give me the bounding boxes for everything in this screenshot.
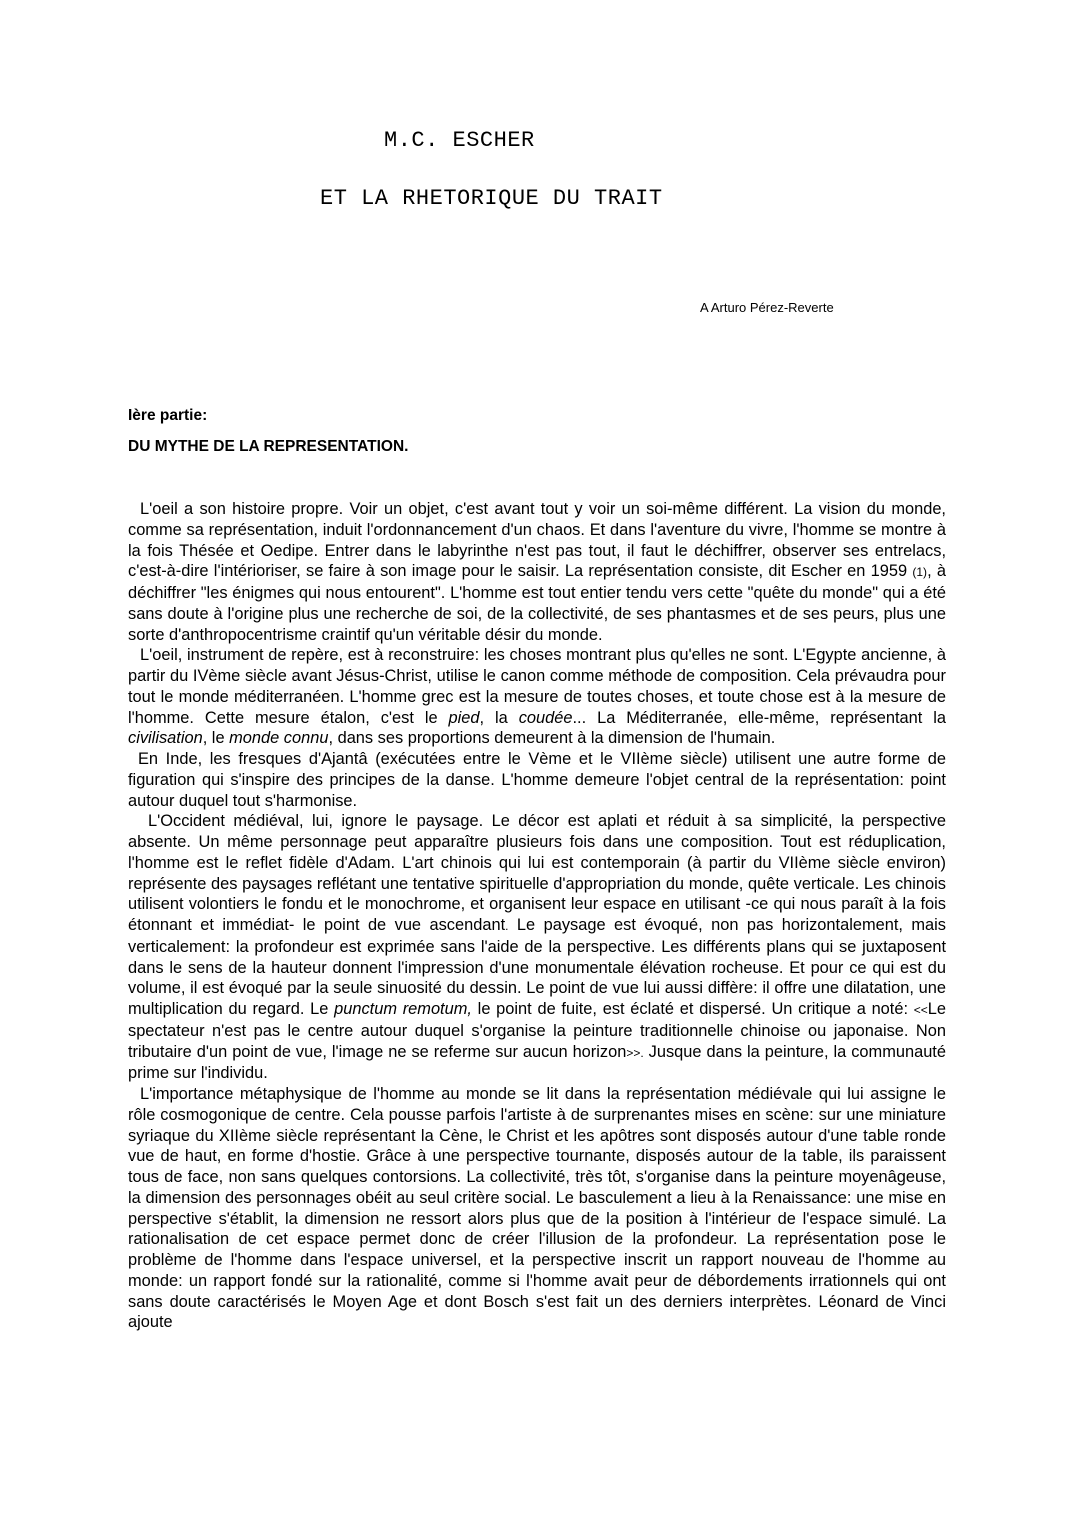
dedication: A Arturo Pérez-Reverte	[700, 300, 834, 316]
part-title: DU MYTHE DE LA REPRESENTATION.	[128, 438, 408, 456]
paragraph-text: L'oeil a son histoire propre. Voir un ob…	[128, 500, 946, 580]
paragraph-3: En Inde, les fresques d'Ajantâ (exécutée…	[128, 749, 946, 811]
document-title-line-1: M.C. ESCHER	[384, 128, 535, 154]
paragraph-4: L'Occident médiéval, lui, ignore le pays…	[128, 811, 946, 1084]
paragraph-5: L'importance métaphysique de l'homme au …	[128, 1084, 946, 1333]
emphasis: coudée	[519, 709, 573, 727]
footnote-ref: (1)	[912, 565, 927, 579]
quote-open: <<	[914, 1003, 928, 1017]
document-page: M.C. ESCHER ET LA RHETORIQUE DU TRAIT A …	[0, 0, 1075, 1521]
emphasis: punctum remotum,	[334, 1000, 472, 1018]
emphasis: monde connu	[229, 729, 328, 747]
quote-close: >>.	[626, 1046, 643, 1060]
emphasis: pied	[449, 709, 480, 727]
emphasis: civilisation	[128, 729, 203, 747]
paragraph-text: , le	[203, 729, 229, 747]
paragraph-text: ... La Méditerranée, elle-même, représen…	[572, 709, 946, 727]
part-label: Ière partie:	[128, 407, 207, 425]
paragraph-text: , la	[480, 709, 519, 727]
body-text: L'oeil a son histoire propre. Voir un ob…	[128, 499, 946, 1333]
paragraph-2: L'oeil, instrument de repère, est à reco…	[128, 645, 946, 749]
paragraph-text: le point de fuite, est éclaté et dispers…	[472, 1000, 914, 1018]
paragraph-1: L'oeil a son histoire propre. Voir un ob…	[128, 499, 946, 645]
document-title-line-2: ET LA RHETORIQUE DU TRAIT	[320, 186, 663, 212]
paragraph-text: , dans ses proportions demeurent à la di…	[328, 729, 775, 747]
